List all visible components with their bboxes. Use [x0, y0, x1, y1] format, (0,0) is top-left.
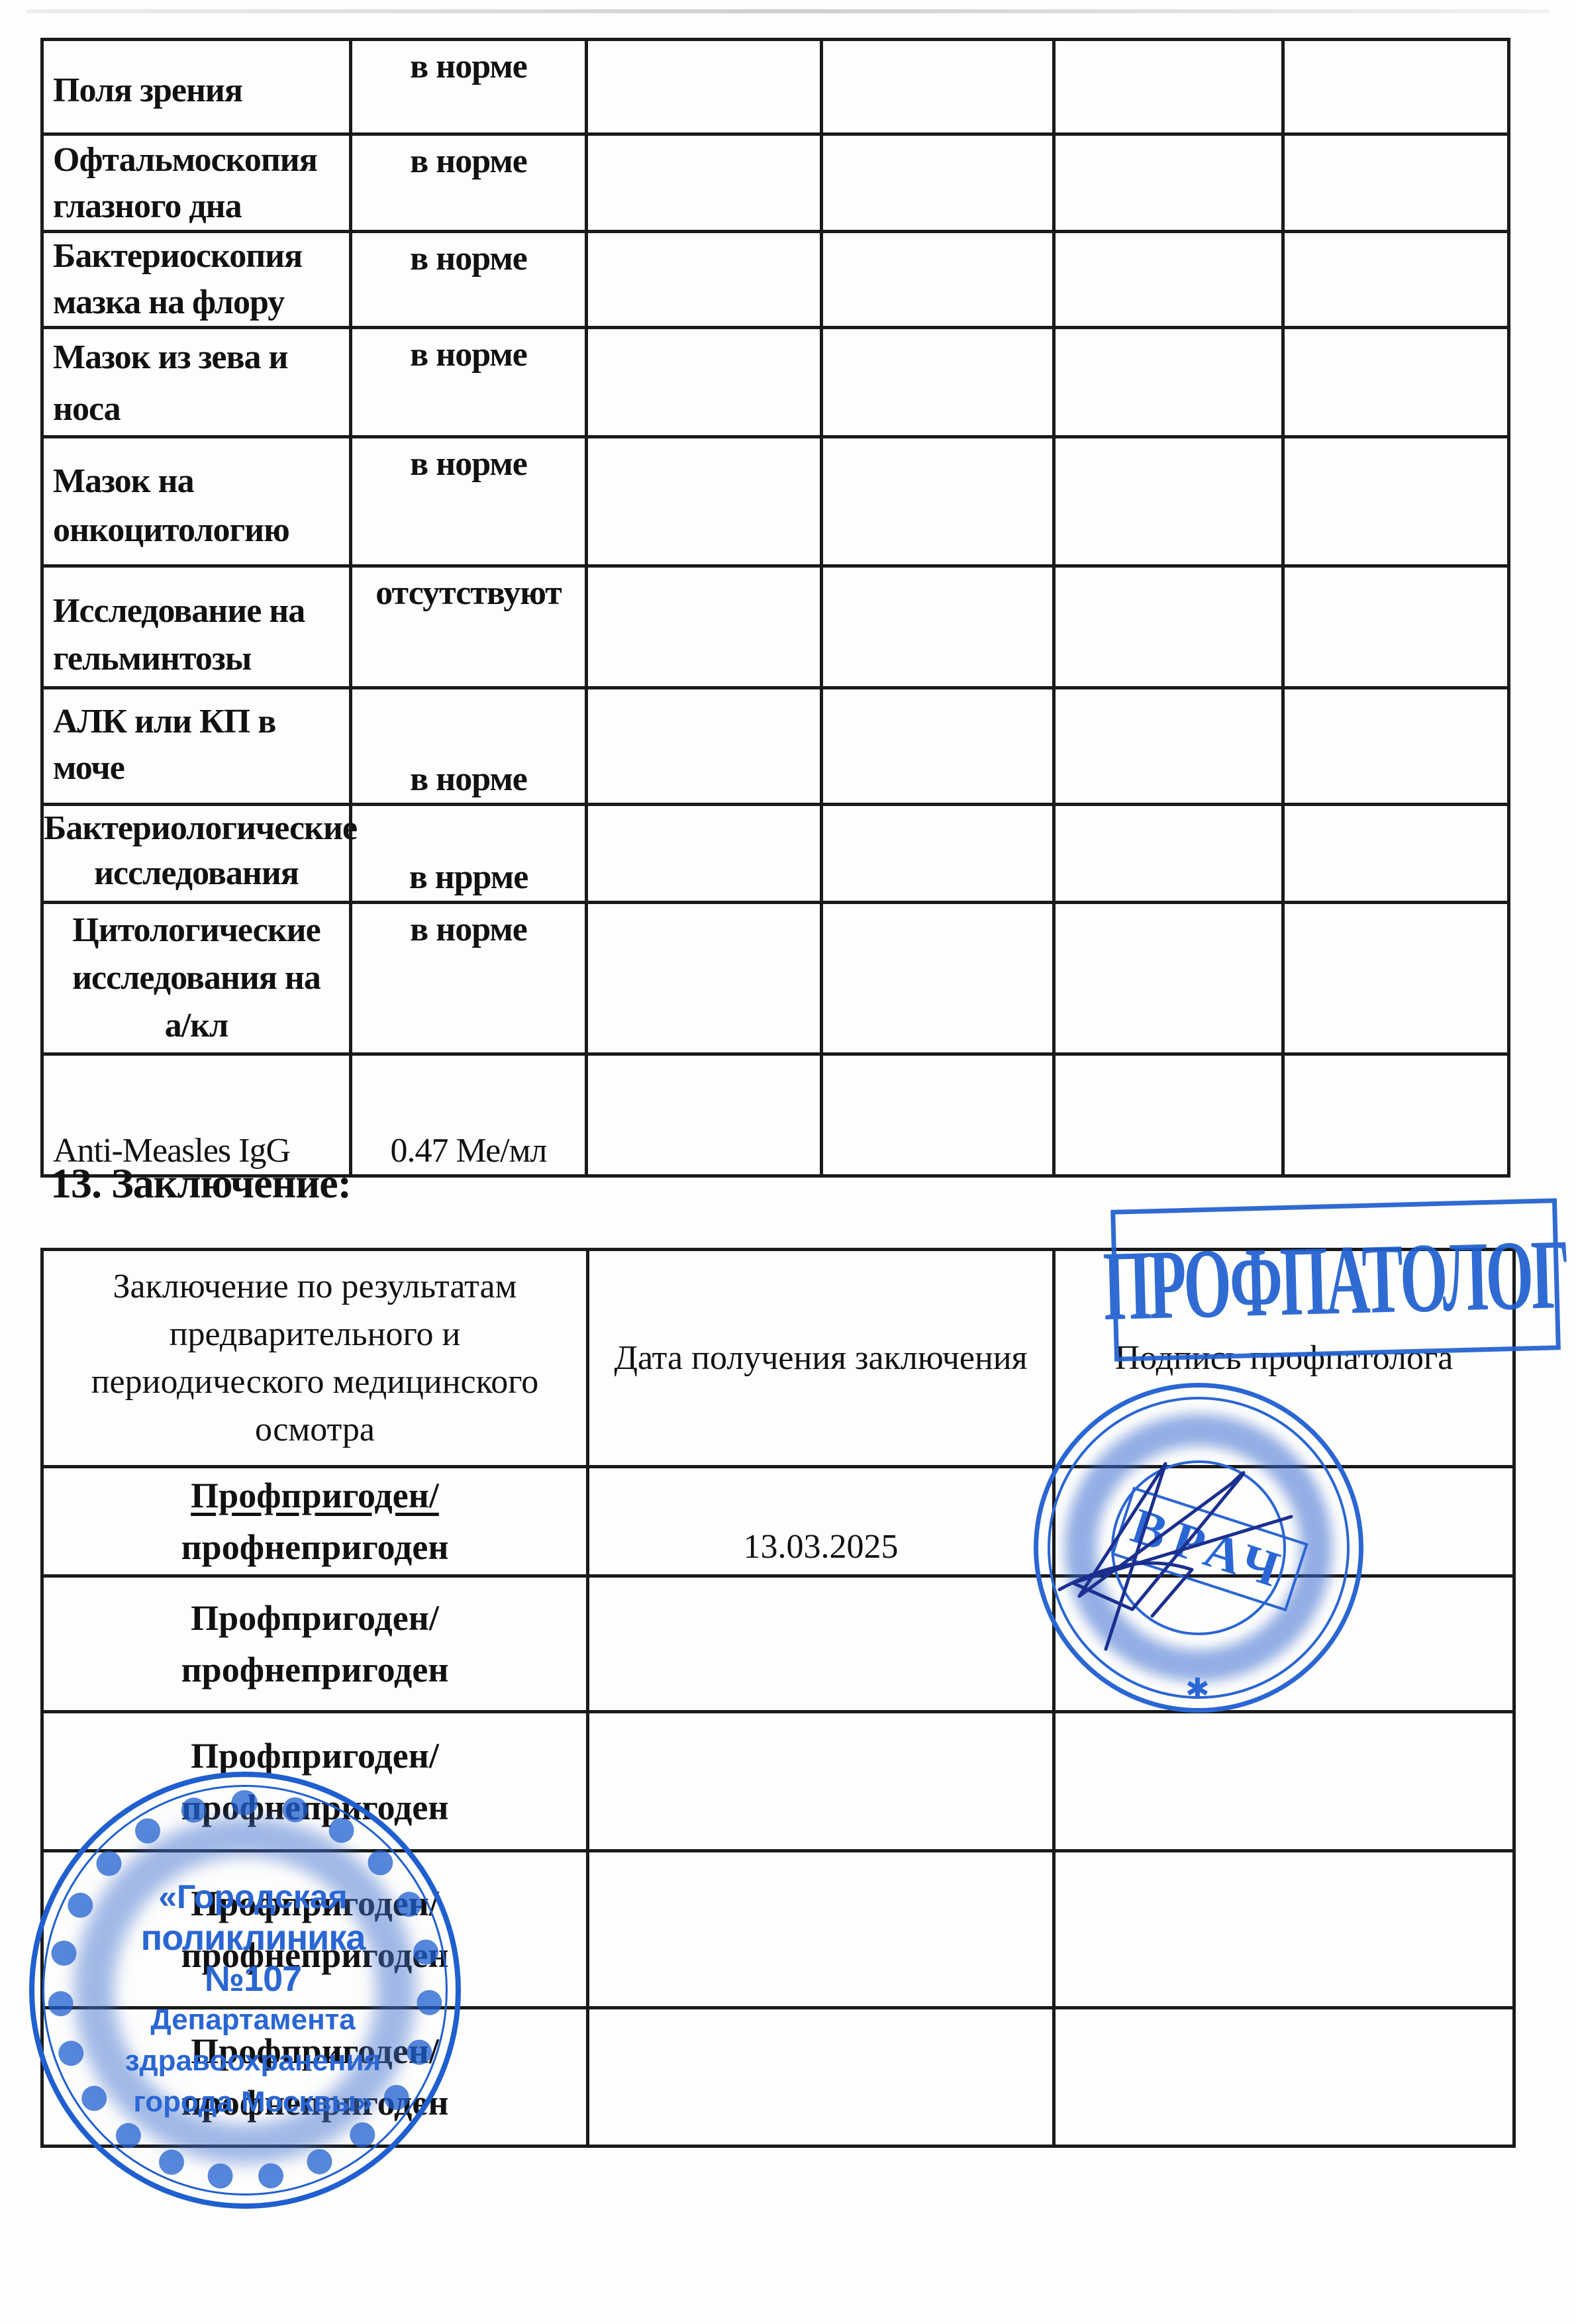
fitness-status: Профпригоден/ профнепригоден	[42, 1467, 588, 1576]
signature-cell	[1054, 2008, 1514, 2147]
fit-option-selected: Профпригоден/	[191, 1476, 439, 1515]
stamp-line: города Москвы»	[94, 2082, 412, 2123]
exam-name: Мазок на онкоцитологию	[42, 437, 351, 566]
empty-cell	[1054, 437, 1283, 566]
empty-cell	[1054, 805, 1283, 903]
empty-cell	[587, 1054, 822, 1176]
stamp-text: ПРОФПАТОЛОГ	[1102, 1217, 1569, 1342]
empty-cell	[1054, 328, 1283, 437]
signature-cell	[1054, 1851, 1514, 2008]
conclusion-date	[588, 1851, 1054, 2008]
empty-cell	[587, 232, 822, 328]
stamp-line: Департамента	[94, 1999, 412, 2041]
fit-option: Профпригоден/	[191, 1598, 439, 1638]
exam-name: Бактериоскопия мазка на флору	[42, 232, 351, 328]
clinic-round-stamp: «Городская поликлиника №107 Департамента…	[29, 1772, 461, 2209]
exam-result: отсутствуют	[351, 566, 587, 688]
exam-name: Anti-Measles IgG	[42, 1054, 351, 1176]
section-heading: 13. Заключение:	[50, 1159, 351, 1208]
empty-cell	[822, 688, 1054, 805]
header-conclusion-result: Заключение по результатам предварительно…	[42, 1250, 588, 1467]
exam-result: в норме	[351, 328, 587, 437]
stamp-line: «Городская	[94, 1876, 412, 1917]
scan-artifact	[26, 9, 1550, 13]
exam-name: Офтальмоскопия глазного дна	[42, 134, 351, 232]
empty-cell	[587, 805, 822, 903]
empty-cell	[1054, 566, 1283, 688]
signature-cell	[1054, 1712, 1514, 1851]
empty-cell	[1283, 40, 1509, 134]
exam-name: Поля зрения	[42, 40, 351, 134]
empty-cell	[587, 40, 822, 134]
empty-cell	[1054, 1054, 1283, 1176]
empty-cell	[822, 566, 1054, 688]
empty-cell	[1283, 232, 1509, 328]
stamp-line: здравоохранения	[94, 2041, 412, 2082]
empty-cell	[822, 134, 1054, 232]
stamp-center-text: «Городская поликлиника №107 Департамента…	[94, 1876, 412, 2123]
empty-cell	[1283, 566, 1509, 688]
empty-cell	[1283, 134, 1509, 232]
table-row: АЛК или КП в моче в норме	[42, 688, 1509, 805]
exam-result: в норме	[351, 134, 587, 232]
exam-result: в норме	[351, 688, 587, 805]
exam-result: в норме	[351, 232, 587, 328]
document-page: Поля зрения в норме Офтальмоскопия глазн…	[0, 0, 1576, 2324]
exam-name: Мазок из зева и носа	[42, 328, 351, 437]
empty-cell	[587, 328, 822, 437]
table-row: Офтальмоскопия глазного дна в норме	[42, 134, 1509, 232]
table-row: Мазок на онкоцитологию в норме	[42, 437, 1509, 566]
empty-cell	[822, 805, 1054, 903]
profpathologist-stamp: ПРОФПАТОЛОГ	[1110, 1198, 1561, 1362]
examinations-table: Поля зрения в норме Офтальмоскопия глазн…	[40, 38, 1510, 1178]
table-row: Бактериоскопия мазка на флору в норме	[42, 232, 1509, 328]
table-row: Anti-Measles IgG 0.47 Ме/мл	[42, 1054, 1509, 1176]
handwritten-signature	[1033, 1417, 1351, 1656]
empty-cell	[1054, 40, 1283, 134]
empty-cell	[587, 437, 822, 566]
unfit-option: профнепригоден	[181, 1650, 449, 1690]
empty-cell	[587, 134, 822, 232]
exam-result: в нррме	[351, 805, 587, 903]
empty-cell	[1283, 903, 1509, 1054]
conclusion-date	[588, 1712, 1054, 1851]
empty-cell	[822, 1054, 1054, 1176]
exam-name: АЛК или КП в моче	[42, 688, 351, 805]
empty-cell	[587, 566, 822, 688]
exam-result: в норме	[351, 437, 587, 566]
fit-option: Профпригоден/	[191, 1736, 439, 1776]
unfit-option: профнепригоден	[181, 1527, 449, 1567]
exam-result: в норме	[351, 903, 587, 1054]
empty-cell	[822, 40, 1054, 134]
empty-cell	[587, 688, 822, 805]
exam-name: Исследование на гельминтозы	[42, 566, 351, 688]
empty-cell	[1283, 688, 1509, 805]
exam-name: Бактериологические исследования	[42, 805, 351, 903]
header-date: Дата получения заключения	[588, 1250, 1054, 1467]
stamp-line: поликлиника №107	[94, 1917, 412, 1999]
table-row: Поля зрения в норме	[42, 40, 1509, 134]
table-row: Цитологические исследования на а/кл в но…	[42, 903, 1509, 1054]
table-row: Исследование на гельминтозы отсутствуют	[42, 566, 1509, 688]
empty-cell	[1283, 805, 1509, 903]
conclusion-date	[588, 2008, 1054, 2147]
empty-cell	[1054, 688, 1283, 805]
star-icon: ✱	[1185, 1672, 1210, 1706]
exam-result: в норме	[351, 40, 587, 134]
empty-cell	[1283, 328, 1509, 437]
table-row: Мазок из зева и носа в норме	[42, 328, 1509, 437]
table-row: Бактериологические исследования в нррме	[42, 805, 1509, 903]
empty-cell	[1054, 232, 1283, 328]
exam-name: Цитологические исследования на а/кл	[42, 903, 351, 1054]
empty-cell	[822, 232, 1054, 328]
empty-cell	[1054, 903, 1283, 1054]
conclusion-date	[588, 1576, 1054, 1712]
fitness-status: Профпригоден/ профнепригоден	[42, 1576, 588, 1712]
empty-cell	[1054, 134, 1283, 232]
conclusion-date: 13.03.2025	[588, 1467, 1054, 1576]
empty-cell	[1283, 437, 1509, 566]
empty-cell	[822, 437, 1054, 566]
empty-cell	[822, 328, 1054, 437]
empty-cell	[587, 903, 822, 1054]
exam-result: 0.47 Ме/мл	[351, 1054, 587, 1176]
empty-cell	[822, 903, 1054, 1054]
empty-cell	[1283, 1054, 1509, 1176]
